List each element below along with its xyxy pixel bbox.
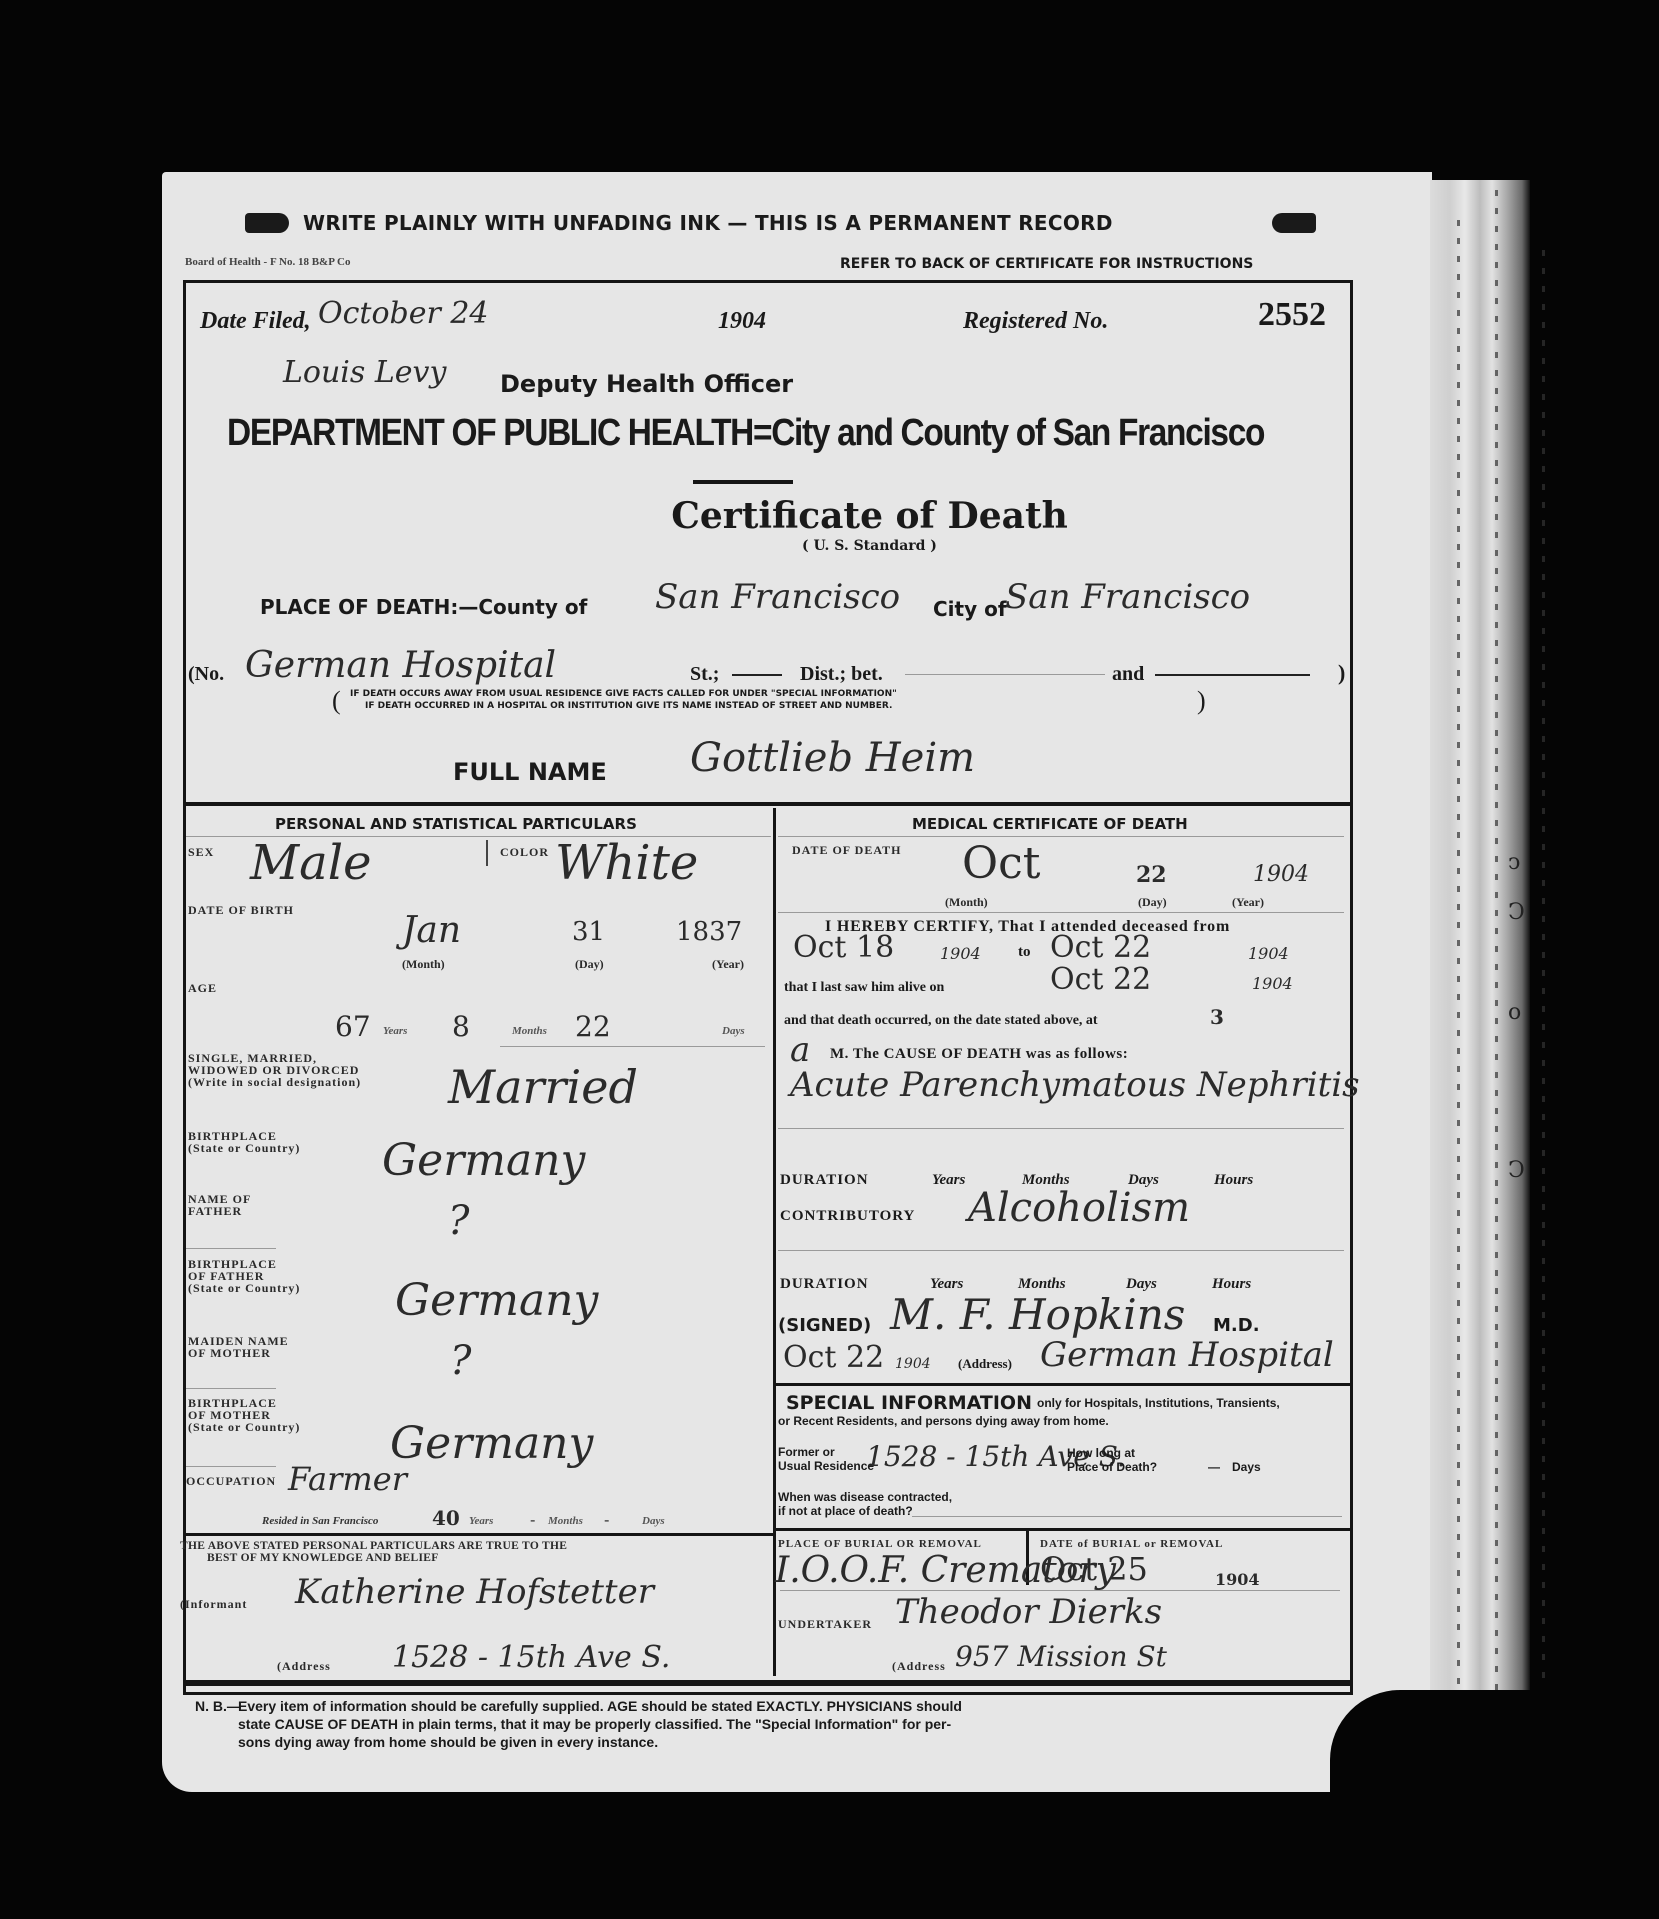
burial-place-label: PLACE OF BURIAL OR REMOVAL	[778, 1538, 982, 1550]
informant-name: Katherine Hofstetter	[295, 1572, 654, 1612]
row-rule	[778, 912, 1344, 913]
meridiem: a	[790, 1030, 810, 1070]
contracted-line	[912, 1516, 1342, 1517]
resided-days: -	[604, 1510, 609, 1529]
nb-line-1: Every item of information should be care…	[238, 1698, 962, 1714]
special-note-1: only for Hospitals, Institutions, Transi…	[1037, 1396, 1280, 1410]
registered-number: 2552	[1258, 296, 1326, 334]
pointing-hand-icon	[1272, 213, 1316, 233]
dod-year-caption: (Year)	[1232, 896, 1264, 908]
pointing-hand-icon	[245, 213, 289, 233]
informant-statement-2: BEST OF MY KNOWLEDGE AND BELIEF	[207, 1552, 439, 1564]
color-label: COLOR	[500, 846, 549, 858]
duration-label-2: DURATION	[780, 1276, 869, 1293]
informant-address-label: (Address	[277, 1660, 331, 1672]
special-note-2: or Recent Residents, and persons dying a…	[778, 1414, 1109, 1428]
contracted-label-1: When was disease contracted,	[778, 1490, 952, 1504]
attended-from-year: 1904	[940, 944, 981, 963]
to-label: to	[1018, 944, 1031, 961]
contracted-label-2: if not at place of death?	[778, 1504, 913, 1518]
nb-line-3: sons dying away from home should be give…	[238, 1734, 658, 1750]
number-label: (No.	[188, 663, 224, 686]
md-label: M.D.	[1213, 1315, 1260, 1336]
dod-day: 22	[1136, 862, 1167, 888]
column-divider	[773, 808, 776, 1676]
burial-date-value: Oct 25	[1040, 1550, 1148, 1588]
certificate-title: Certificate of Death	[0, 495, 1659, 537]
dob-year-caption: (Year)	[712, 958, 744, 970]
row-rule	[778, 1250, 1344, 1251]
contributory-label: CONTRIBUTORY	[780, 1208, 915, 1225]
physician-signature: M. F. Hopkins	[890, 1290, 1185, 1339]
contributory-value: Alcoholism	[968, 1185, 1190, 1231]
duration-label: DURATION	[780, 1172, 869, 1189]
officer-title: Deputy Health Officer	[500, 370, 793, 398]
dob-day: 31	[572, 917, 605, 947]
age-label: AGE	[188, 982, 217, 994]
duration-hours-label-2: Hours	[1212, 1276, 1251, 1293]
dob-year: 1837	[676, 917, 742, 947]
nb-label: N. B.—	[195, 1698, 241, 1714]
last-saw-date: Oct 22	[1050, 962, 1151, 997]
age-months: 8	[452, 1010, 470, 1043]
how-long-label-2: Place of Death?	[1067, 1460, 1157, 1474]
thumb-shadow	[1330, 1690, 1659, 1919]
edge-mark: Ↄ	[1508, 1158, 1525, 1183]
age-years: 67	[335, 1010, 371, 1043]
binding-stitches	[1542, 250, 1545, 1710]
full-name-label: FULL NAME	[453, 758, 607, 786]
resided-label: Resided in San Francisco	[262, 1515, 378, 1527]
row-rule	[778, 1128, 1344, 1129]
burial-date-label: DATE of BURIAL or REMOVAL	[1040, 1538, 1223, 1550]
note-paren-right: )	[1197, 686, 1206, 716]
marital-label-3: (Write in social designation)	[188, 1076, 361, 1088]
sex-color-divider	[486, 840, 488, 866]
cause-value: Acute Parenchymatous Nephritis	[790, 1065, 1360, 1105]
age-months-label: Months	[512, 1025, 547, 1037]
county-value: San Francisco	[655, 577, 900, 617]
street-label: St.;	[690, 663, 719, 686]
binding-stitches	[1457, 220, 1460, 1720]
attended-to-year: 1904	[1248, 944, 1289, 963]
and-line	[1155, 674, 1310, 676]
how-long-value: —	[1208, 1460, 1220, 1474]
personal-section-title: PERSONAL AND STATISTICAL PARTICULARS	[275, 815, 637, 833]
title-rule	[693, 480, 793, 484]
cause-text: M. The CAUSE OF DEATH was as follows:	[830, 1046, 1128, 1063]
undertaker-value: Theodor Dierks	[895, 1592, 1162, 1632]
registered-label: Registered No.	[963, 308, 1108, 335]
special-divider	[776, 1383, 1350, 1386]
dob-month: Jan	[402, 910, 461, 951]
mother-birthplace-value: Germany	[390, 1418, 593, 1469]
bottom-rule	[183, 1680, 1350, 1686]
mother-name-label-2: OF MOTHER	[188, 1347, 271, 1359]
father-birthplace-value: Germany	[395, 1275, 598, 1326]
resided-months: -	[530, 1510, 535, 1529]
dob-label: DATE OF BIRTH	[188, 904, 294, 916]
father-bp-label-3: (State or Country)	[188, 1282, 300, 1294]
sex-label: SEX	[188, 846, 214, 858]
edge-mark: Ↄ	[1508, 900, 1525, 925]
residence-label-2: Usual Residence	[778, 1460, 874, 1473]
signed-year: 1904	[895, 1356, 931, 1372]
dob-day-caption: (Day)	[575, 958, 604, 970]
department-title: DEPARTMENT OF PUBLIC HEALTH=City and Cou…	[227, 412, 1264, 455]
resided-months-label: Months	[548, 1515, 583, 1527]
how-long-label-1: How long at	[1067, 1446, 1135, 1460]
city-label: City of	[933, 597, 1007, 621]
informant-statement-1: THE ABOVE STATED PERSONAL PARTICULARS AR…	[180, 1540, 567, 1552]
duration-years-label: Years	[932, 1172, 965, 1189]
binding-stitches	[1495, 190, 1498, 1730]
birthplace-value: Germany	[382, 1135, 585, 1186]
informant-label: (Informant	[180, 1598, 247, 1610]
death-hour: 3	[1210, 1005, 1224, 1029]
dod-month-caption: (Month)	[945, 896, 988, 908]
how-long-days-label: Days	[1232, 1460, 1261, 1474]
officer-signature: Louis Levy	[283, 355, 446, 390]
place-note-1: IF DEATH OCCURS AWAY FROM USUAL RESIDENC…	[350, 689, 897, 699]
row-rule	[500, 1046, 765, 1047]
section-divider	[183, 802, 1350, 806]
edge-mark: o	[1508, 1000, 1521, 1025]
mother-name-value: ?	[450, 1338, 471, 1384]
district-line	[905, 674, 1105, 675]
marital-value: Married	[448, 1060, 638, 1114]
signed-label: (SIGNED)	[778, 1315, 871, 1336]
special-title: SPECIAL INFORMATION	[786, 1392, 1032, 1414]
occupation-label: OCCUPATION	[186, 1475, 276, 1487]
last-saw-text: that I last saw him alive on	[784, 980, 944, 996]
father-name-value: ?	[448, 1198, 469, 1244]
attended-to: Oct 22	[1050, 930, 1151, 965]
color-value: White	[555, 835, 698, 891]
medical-section-title: MEDICAL CERTIFICATE OF DEATH	[912, 815, 1188, 833]
nb-line-2: state CAUSE OF DEATH in plain terms, tha…	[238, 1716, 951, 1732]
district-label: Dist.; bet.	[800, 663, 883, 686]
close-paren: )	[1338, 660, 1345, 686]
father-name-label-2: FATHER	[188, 1205, 242, 1217]
row-rule	[186, 1388, 276, 1389]
row-rule	[780, 1590, 1340, 1591]
row-rule	[186, 1248, 276, 1249]
dod-day-caption: (Day)	[1138, 896, 1167, 908]
resided-days-label: Days	[642, 1515, 665, 1527]
physician-address-label: (Address)	[958, 1356, 1012, 1372]
and-label: and	[1112, 663, 1144, 686]
occupation-value: Farmer	[288, 1460, 407, 1498]
undertaker-label: UNDERTAKER	[778, 1618, 872, 1630]
age-days-label: Days	[722, 1025, 745, 1037]
dod-month: Oct	[962, 838, 1040, 889]
occurred-text: and that death occurred, on the date sta…	[784, 1013, 1098, 1029]
city-value: San Francisco	[1005, 577, 1250, 617]
banner-text: WRITE PLAINLY WITH UNFADING INK — THIS I…	[303, 211, 1113, 235]
mother-bp-label-3: (State or Country)	[188, 1421, 300, 1433]
full-name-value: Gottlieb Heim	[690, 735, 975, 781]
row-rule	[186, 1466, 276, 1467]
book-binding-edge	[1430, 180, 1530, 1750]
birthplace-label-2: (State or Country)	[188, 1142, 300, 1154]
duration-hours-label: Hours	[1214, 1172, 1253, 1189]
date-filed-label: Date Filed,	[200, 308, 311, 335]
resided-years: 40	[432, 1506, 460, 1530]
sex-value: Male	[250, 835, 372, 891]
dod-label: DATE OF DEATH	[792, 844, 901, 856]
burial-divider	[776, 1528, 1350, 1531]
place-note-2: IF DEATH OCCURRED IN A HOSPITAL OR INSTI…	[365, 701, 892, 711]
age-days: 22	[575, 1010, 611, 1043]
attended-from: Oct 18	[793, 930, 894, 965]
resided-years-label: Years	[469, 1515, 493, 1527]
form-id: Board of Health - F No. 18 B&P Co	[185, 256, 351, 268]
filed-year: 1904	[718, 308, 766, 335]
informant-address: 1528 - 15th Ave S.	[392, 1640, 670, 1675]
row-rule	[778, 836, 1344, 837]
residence-label-1: Former or	[778, 1446, 835, 1459]
physician-address: German Hospital	[1040, 1335, 1334, 1375]
place-location: German Hospital	[245, 645, 556, 686]
note-paren-left: (	[332, 686, 341, 716]
dod-year: 1904	[1253, 862, 1309, 887]
date-filed-value: October 24	[318, 296, 489, 331]
undertaker-address: 957 Mission St	[955, 1640, 1167, 1673]
place-of-death-label: PLACE OF DEATH:—County of	[260, 595, 587, 619]
dob-month-caption: (Month)	[402, 958, 445, 970]
undertaker-address-label: (Address	[892, 1660, 946, 1672]
certificate-standard: ( U. S. Standard )	[0, 538, 1659, 554]
edge-mark: ↄ	[1508, 850, 1520, 875]
last-saw-year: 1904	[1252, 974, 1293, 993]
informant-divider	[183, 1533, 773, 1536]
burial-year-value: 1904	[1215, 1570, 1260, 1589]
instructions-text: REFER TO BACK OF CERTIFICATE FOR INSTRUC…	[840, 256, 1253, 272]
street-line	[732, 674, 782, 676]
age-years-label: Years	[383, 1025, 407, 1037]
signed-date: Oct 22	[783, 1340, 884, 1375]
